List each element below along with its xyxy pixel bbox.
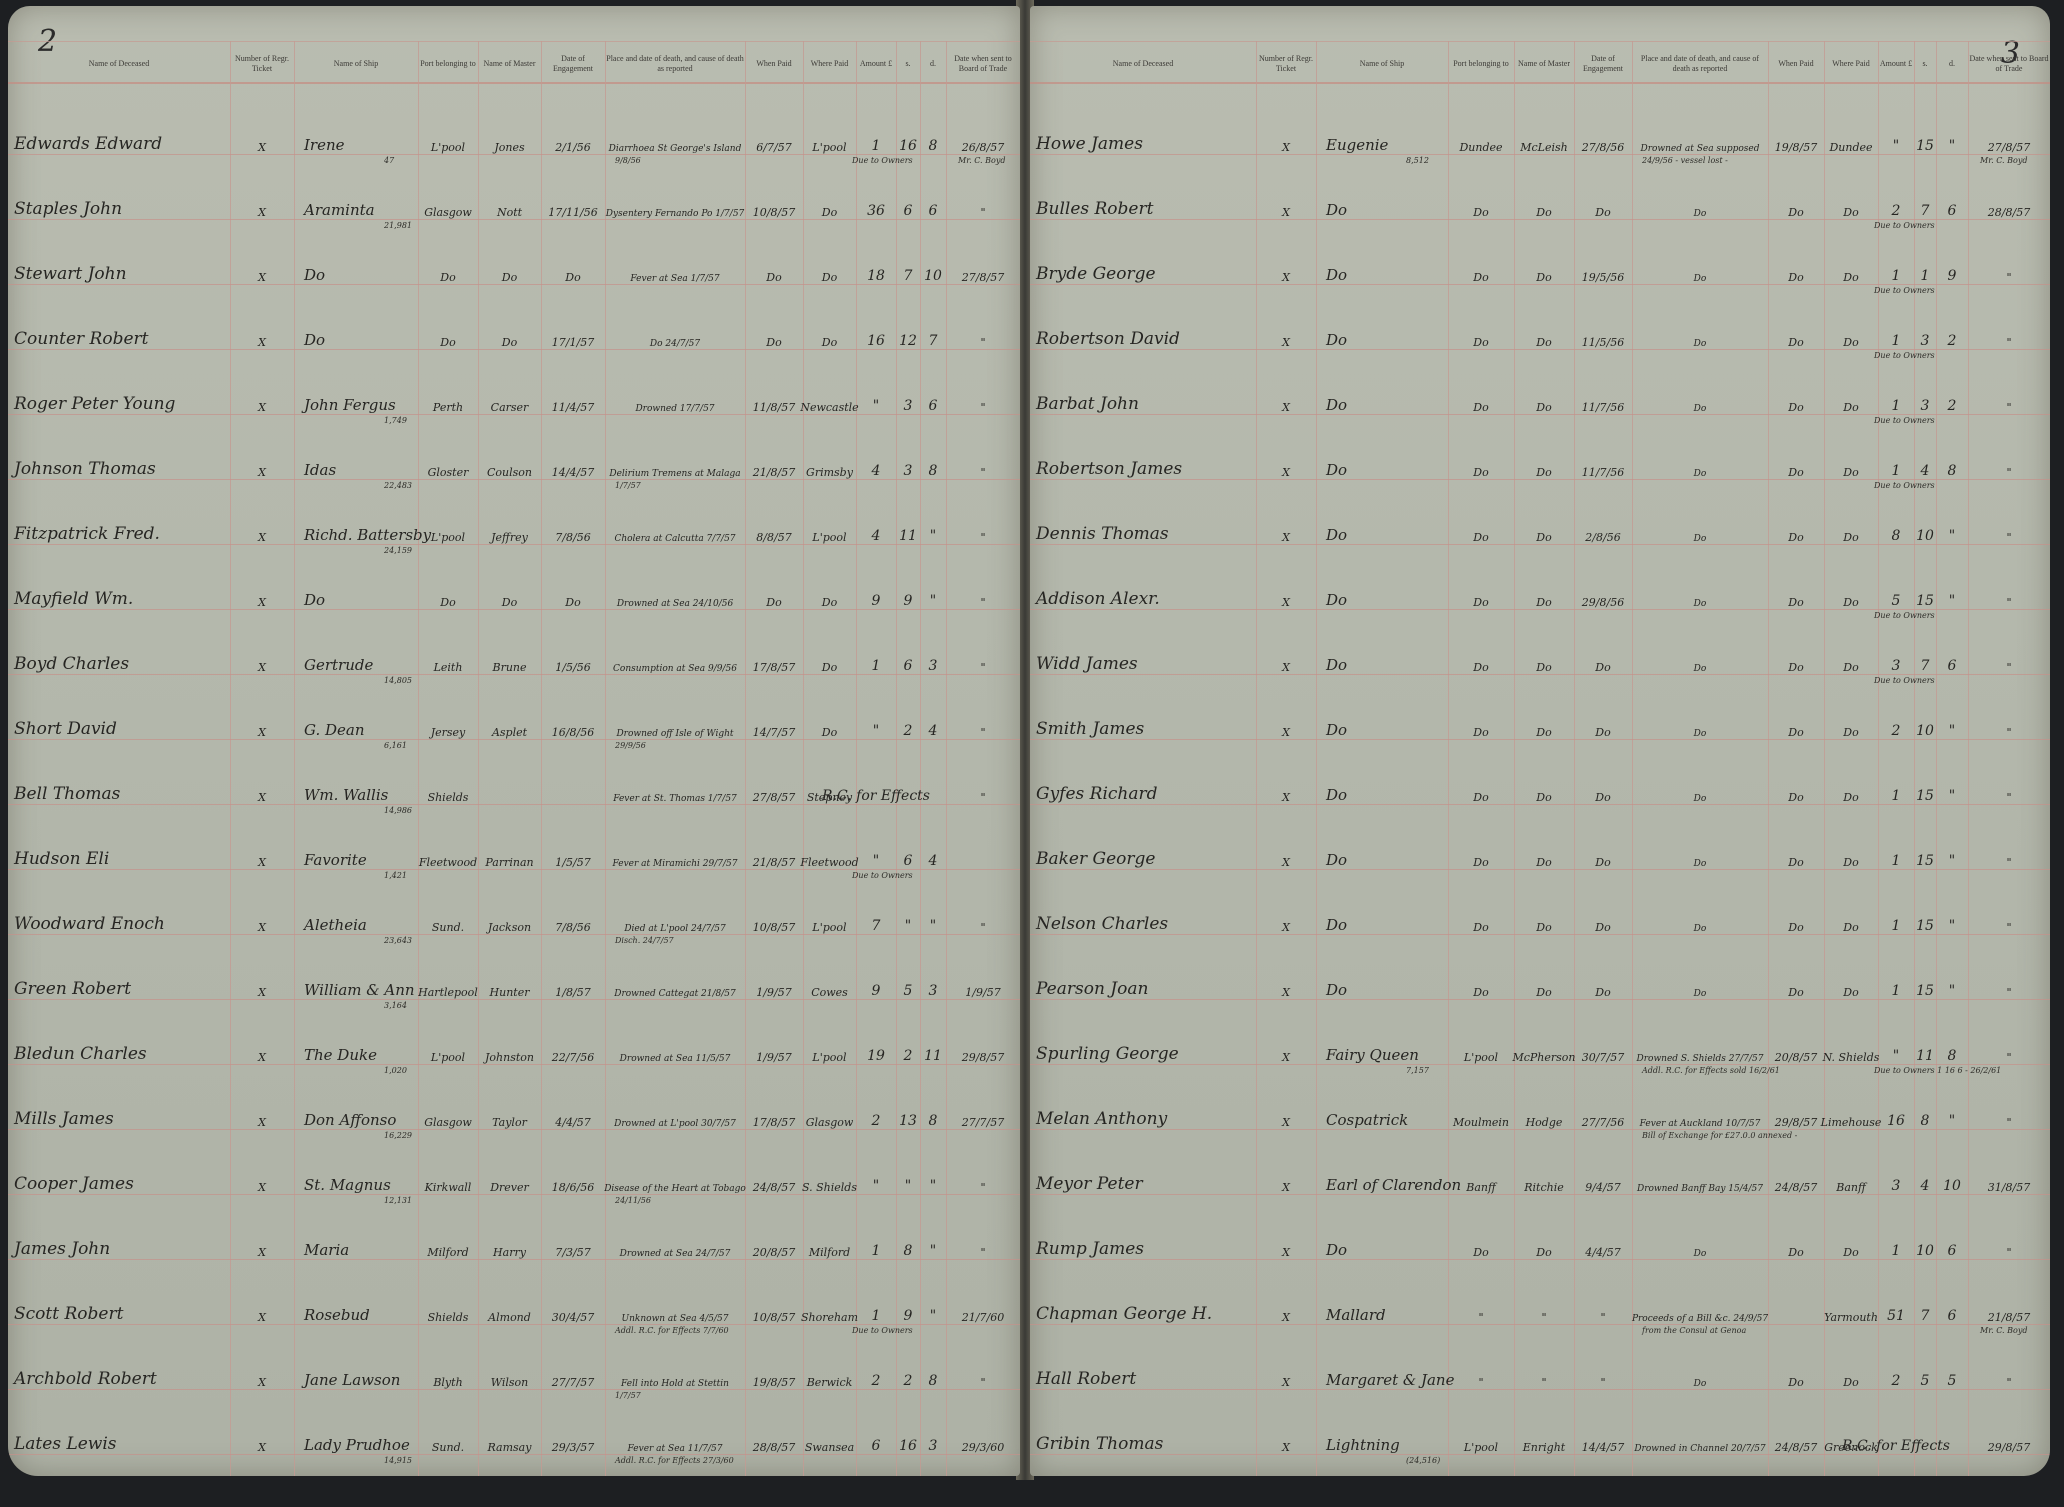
shillings-cell: 15 — [1914, 843, 1936, 869]
death-cell: Died at L'pool 24/7/57 — [605, 908, 745, 934]
ledger-row[interactable]: Meyor PeterXEarl of ClarendonBanffRitchi… — [1030, 1150, 2050, 1214]
master-cell: Do — [1514, 973, 1574, 999]
pence-cell: 8 — [920, 128, 946, 154]
ship-cell: Lady Prudhoe — [294, 1428, 428, 1454]
death-cell: Drowned 17/7/57 — [605, 388, 745, 414]
ship-cell: Idas — [294, 453, 428, 479]
column-header: Where Paid — [803, 44, 856, 84]
shillings-cell: 6 — [896, 193, 920, 219]
pence-cell: 2 — [1936, 323, 1968, 349]
where-paid-cell: Do — [1824, 583, 1878, 609]
ledger-row[interactable]: Johnson ThomasXIdasGlosterCoulson14/4/57… — [8, 435, 1020, 499]
name-cell: Smith James — [1030, 713, 1262, 739]
ledger-row[interactable]: Barbat JohnXDoDoDo11/7/56DoDoDo132"Due t… — [1030, 370, 2050, 434]
ship-register-number: 22,483 — [384, 481, 412, 490]
when-paid-cell: Do — [1768, 258, 1824, 284]
sent-cell: " — [1968, 388, 2050, 414]
amount-note: Due to Owners — [1874, 351, 1935, 360]
pence-cell: 6 — [920, 193, 946, 219]
when-paid-cell: Do — [1768, 1233, 1824, 1259]
ship-register-number: 24,159 — [384, 546, 412, 555]
ship-register-number: 47 — [384, 156, 394, 165]
ledger-row[interactable]: Bryde GeorgeXDoDoDo19/5/56DoDoDo119"Due … — [1030, 240, 2050, 304]
where-paid-cell: Do — [1824, 713, 1878, 739]
sent-cell — [946, 843, 1020, 869]
ledger-row[interactable]: Bulles RobertXDoDoDoDoDoDoDo27628/8/57Du… — [1030, 175, 2050, 239]
ticket-cell: X — [230, 1428, 294, 1454]
amount-note: Due to Owners — [1874, 416, 1935, 425]
when-paid-cell: 19/8/57 — [745, 1363, 803, 1389]
row-rule — [1030, 349, 2050, 350]
name-cell: Archbold Robert — [8, 1363, 236, 1389]
ship-cell: Do — [1316, 973, 1458, 999]
ledger-row[interactable]: Cooper JamesXSt. MagnusKirkwallDrever18/… — [8, 1150, 1020, 1214]
ticket-cell: X — [230, 1363, 294, 1389]
ticket-cell: X — [230, 843, 294, 869]
row-rule — [8, 869, 1020, 870]
pence-cell: 8 — [920, 453, 946, 479]
where-paid-cell: Milford — [803, 1233, 856, 1259]
when-paid-cell: Do — [1768, 193, 1824, 219]
pence-cell: 5 — [1936, 1363, 1968, 1389]
name-cell: Hall Robert — [1030, 1363, 1262, 1389]
ledger-row[interactable]: Addison Alexr.XDoDoDo29/8/56DoDoDo515""D… — [1030, 565, 2050, 629]
ledger-row[interactable]: Bell ThomasXWm. WallisShieldsFever at St… — [8, 760, 1020, 824]
death-cell: Drowned at Sea supposed — [1632, 128, 1768, 154]
row-rule — [1030, 544, 2050, 545]
port-cell: L'pool — [1448, 1428, 1514, 1454]
ledger-row[interactable]: Pearson JoanXDoDoDoDoDoDoDo115"" — [1030, 955, 2050, 1019]
ticket-cell: X — [1256, 193, 1316, 219]
engaged-cell: Do — [1574, 778, 1632, 804]
death-cell: Do — [1632, 713, 1768, 739]
death-cell: Do — [1632, 583, 1768, 609]
name-cell: Scott Robert — [8, 1298, 236, 1324]
sent-cell: " — [1968, 1103, 2050, 1129]
sent-cell: " — [1968, 1233, 2050, 1259]
death-cell: Do — [1632, 843, 1768, 869]
pounds-cell: 8 — [1878, 518, 1914, 544]
ledger-row[interactable]: Green RobertXWilliam & AnnHartlepoolHunt… — [8, 955, 1020, 1019]
port-cell: Banff — [1448, 1168, 1514, 1194]
when-paid-cell: Do — [1768, 908, 1824, 934]
ledger-row[interactable]: Fitzpatrick Fred.XRichd. BattersbyL'pool… — [8, 500, 1020, 564]
engaged-cell: 1/8/57 — [541, 973, 605, 999]
ledger-row[interactable]: Hall RobertXMargaret & Jane"""DoDoDo255" — [1030, 1345, 2050, 1409]
death-date-note: 9/8/56 — [615, 156, 641, 165]
column-header: Where Paid — [1824, 44, 1878, 84]
master-cell: Do — [1514, 258, 1574, 284]
column-header: Name of Ship — [294, 44, 418, 84]
ticket-cell: X — [230, 453, 294, 479]
row-rule — [8, 154, 1020, 155]
death-cell: Drowned Cattegat 21/8/57 — [605, 973, 745, 999]
engaged-cell: 7/8/56 — [541, 518, 605, 544]
where-paid-cell: Do — [1824, 648, 1878, 674]
where-paid-cell: Swansea — [803, 1428, 856, 1454]
ledger-row[interactable]: Lates LewisXLady PrudhoeSund.Ramsay29/3/… — [8, 1410, 1020, 1474]
ledger-row[interactable]: Melan AnthonyXCospatrickMoulmeinHodge27/… — [1030, 1085, 2050, 1149]
pounds-cell: 2 — [1878, 713, 1914, 739]
shillings-cell: 7 — [1914, 648, 1936, 674]
shillings-cell: 1 — [1914, 258, 1936, 284]
ledger-row[interactable]: Boyd CharlesXGertrudeLeithBrune1/5/56Con… — [8, 630, 1020, 694]
pounds-cell: 16 — [856, 323, 896, 349]
when-paid-cell: 10/8/57 — [745, 1298, 803, 1324]
master-cell: Do — [1514, 193, 1574, 219]
ledger-row[interactable]: Short DavidXG. DeanJerseyAsplet16/8/56Dr… — [8, 695, 1020, 759]
engaged-cell: 17/1/57 — [541, 323, 605, 349]
pounds-cell: 1 — [856, 1298, 896, 1324]
amount-note: Due to Owners — [852, 871, 913, 880]
when-paid-cell: 24/8/57 — [1768, 1168, 1824, 1194]
ticket-cell: X — [1256, 908, 1316, 934]
ship-cell: St. Magnus — [294, 1168, 428, 1194]
death-cell: Proceeds of a Bill &c. 24/9/57 — [1632, 1298, 1768, 1324]
column-header: Name of Ship — [1316, 44, 1448, 84]
ledger-row[interactable]: Gribin ThomasXLightningL'poolEnright14/4… — [1030, 1410, 2050, 1474]
name-cell: Melan Anthony — [1030, 1103, 1262, 1129]
row-rule — [1030, 284, 2050, 285]
ledger-row[interactable]: Mills JamesXDon AffonsoGlasgowTaylor4/4/… — [8, 1085, 1020, 1149]
death-date-note: 24/11/56 — [615, 1196, 651, 1205]
engaged-cell: 9/4/57 — [1574, 1168, 1632, 1194]
death-cell: Do — [1632, 258, 1768, 284]
engaged-cell: Do — [541, 258, 605, 284]
ledger-row[interactable]: Scott RobertXRosebudShieldsAlmond30/4/57… — [8, 1280, 1020, 1344]
port-cell: L'pool — [418, 128, 478, 154]
ledger-row[interactable]: Widd JamesXDoDoDoDoDoDoDo376"Due to Owne… — [1030, 630, 2050, 694]
ticket-cell: X — [230, 128, 294, 154]
pounds-cell: 4 — [856, 453, 896, 479]
shillings-cell: 10 — [1914, 518, 1936, 544]
ship-cell: Do — [1316, 388, 1458, 414]
ship-cell: Mallard — [1316, 1298, 1458, 1324]
death-date-note: from the Consul at Genoa — [1642, 1326, 1746, 1335]
death-cell: Fever at St. Thomas 1/7/57 — [605, 778, 745, 804]
ticket-cell: X — [1256, 843, 1316, 869]
shillings-cell: 2 — [896, 713, 920, 739]
port-cell: Jersey — [418, 713, 478, 739]
when-paid-cell: Do — [745, 258, 803, 284]
engaged-cell: 7/3/57 — [541, 1233, 605, 1259]
sent-cell: 29/3/60 — [946, 1428, 1020, 1454]
port-cell: Do — [1448, 518, 1514, 544]
port-cell: Perth — [418, 388, 478, 414]
ledger-row[interactable]: Edwards EdwardXIreneL'poolJones2/1/56Dia… — [8, 110, 1020, 174]
master-cell: Brune — [478, 648, 541, 674]
amount-note: Due to Owners — [852, 156, 913, 165]
ship-cell: Do — [1316, 908, 1458, 934]
sent-cell: 1/9/57 — [946, 973, 1020, 999]
pence-cell: 4 — [920, 843, 946, 869]
pence-cell: 3 — [920, 973, 946, 999]
ledger-row[interactable]: Howe JamesXEugenieDundeeMcLeish27/8/56Dr… — [1030, 110, 2050, 174]
pence-cell: 4 — [920, 713, 946, 739]
death-cell: Drowned in Channel 20/7/57 — [1632, 1428, 1768, 1454]
engaged-cell: 22/7/56 — [541, 1038, 605, 1064]
ledger-row[interactable]: Counter RobertXDoDoDo17/1/57Do 24/7/57Do… — [8, 305, 1020, 369]
ticket-cell: X — [1256, 778, 1316, 804]
port-cell: Do — [1448, 258, 1514, 284]
ledger-row[interactable]: Mayfield Wm.XDoDoDoDoDrowned at Sea 24/1… — [8, 565, 1020, 629]
ticket-cell: X — [230, 258, 294, 284]
ledger-row[interactable]: Spurling GeorgeXFairy QueenL'poolMcPhers… — [1030, 1020, 2050, 1084]
shillings-cell: 8 — [896, 1233, 920, 1259]
where-paid-cell: L'pool — [803, 1038, 856, 1064]
pounds-cell: 2 — [856, 1363, 896, 1389]
ledger-row[interactable]: Smith JamesXDoDoDoDoDoDoDo210"" — [1030, 695, 2050, 759]
pence-cell: 2 — [1936, 388, 1968, 414]
port-cell: Do — [1448, 778, 1514, 804]
engaged-cell: 29/8/56 — [1574, 583, 1632, 609]
where-paid-cell: Limehouse — [1824, 1103, 1878, 1129]
ledger-row[interactable]: Robertson JamesXDoDoDo11/7/56DoDoDo148"D… — [1030, 435, 2050, 499]
when-paid-cell: 6/7/57 — [745, 128, 803, 154]
master-cell: Do — [1514, 648, 1574, 674]
engaged-cell: Do — [1574, 843, 1632, 869]
pounds-cell: 3 — [1878, 1168, 1914, 1194]
ledger-row[interactable]: Gyfes RichardXDoDoDoDoDoDoDo115"" — [1030, 760, 2050, 824]
port-cell: Do — [1448, 193, 1514, 219]
when-paid-cell: 28/8/57 — [745, 1428, 803, 1454]
pence-cell: " — [1936, 1103, 1968, 1129]
pounds-cell: 1 — [1878, 453, 1914, 479]
death-cell: Do — [1632, 1233, 1768, 1259]
engaged-cell: 30/4/57 — [541, 1298, 605, 1324]
when-paid-cell — [1768, 1298, 1824, 1324]
name-cell: Stewart John — [8, 258, 236, 284]
where-paid-cell: Do — [803, 258, 856, 284]
engaged-cell — [541, 778, 605, 804]
ship-register-number: 3,164 — [384, 1001, 407, 1010]
row-rule — [1030, 1389, 2050, 1390]
death-cell: Do — [1632, 323, 1768, 349]
name-cell: Fitzpatrick Fred. — [8, 518, 236, 544]
port-cell: Sund. — [418, 908, 478, 934]
death-cell: Do — [1632, 778, 1768, 804]
master-cell: Do — [1514, 843, 1574, 869]
ledger-row[interactable]: Roger Peter YoungXJohn FergusPerthCarser… — [8, 370, 1020, 434]
shillings-cell: 10 — [1914, 1233, 1936, 1259]
ship-cell: G. Dean — [294, 713, 428, 739]
ship-cell: Do — [1316, 648, 1458, 674]
ledger-row[interactable]: Woodward EnochXAletheiaSund.Jackson7/8/5… — [8, 890, 1020, 954]
when-paid-cell: Do — [1768, 388, 1824, 414]
engaged-cell: 17/11/56 — [541, 193, 605, 219]
pounds-cell: 2 — [856, 1103, 896, 1129]
pounds-cell: 1 — [1878, 258, 1914, 284]
engaged-cell: 4/4/57 — [1574, 1233, 1632, 1259]
where-paid-cell: Do — [1824, 193, 1878, 219]
engaged-cell: 2/1/56 — [541, 128, 605, 154]
death-cell: Unknown at Sea 4/5/57 — [605, 1298, 745, 1324]
pence-cell — [1936, 1428, 1968, 1454]
column-header: s. — [1914, 44, 1936, 84]
death-cell: Do — [1632, 388, 1768, 414]
where-paid-cell: L'pool — [803, 908, 856, 934]
when-paid-cell: Do — [745, 323, 803, 349]
row-rule — [1030, 414, 2050, 415]
where-paid-cell: Do — [803, 713, 856, 739]
master-cell: Taylor — [478, 1103, 541, 1129]
port-cell: Milford — [418, 1233, 478, 1259]
column-header: Amount £ — [1878, 44, 1914, 84]
ticket-cell: X — [230, 583, 294, 609]
name-cell: Mayfield Wm. — [8, 583, 236, 609]
when-paid-cell: Do — [1768, 778, 1824, 804]
port-cell: Moulmein — [1448, 1103, 1514, 1129]
shillings-cell: 6 — [896, 648, 920, 674]
row-rule — [8, 414, 1020, 415]
amount-note: Due to Owners — [852, 1326, 913, 1335]
ticket-cell: X — [1256, 1168, 1316, 1194]
ledger-row[interactable]: Rump JamesXDoDoDo4/4/57DoDoDo1106" — [1030, 1215, 2050, 1279]
ship-cell: Do — [1316, 453, 1458, 479]
pounds-cell: 7 — [856, 908, 896, 934]
pounds-cell: 6 — [856, 1428, 896, 1454]
name-cell: Pearson Joan — [1030, 973, 1262, 999]
master-cell: Harry — [478, 1233, 541, 1259]
pounds-cell: 1 — [1878, 973, 1914, 999]
master-cell: Do — [1514, 583, 1574, 609]
ship-register-number: 8,512 — [1406, 156, 1429, 165]
amount-note: Due to Owners — [1874, 611, 1935, 620]
name-cell: Bryde George — [1030, 258, 1262, 284]
port-cell: " — [1448, 1363, 1514, 1389]
pounds-cell: 1 — [1878, 843, 1914, 869]
death-cell: Do — [1632, 193, 1768, 219]
ship-register-number: 1,020 — [384, 1066, 407, 1075]
ledger-row[interactable]: Bledun CharlesXThe DukeL'poolJohnston22/… — [8, 1020, 1020, 1084]
death-cell: Do — [1632, 908, 1768, 934]
row-rule — [8, 219, 1020, 220]
ledger-row[interactable]: Dennis ThomasXDoDoDo2/8/56DoDoDo810"" — [1030, 500, 2050, 564]
ledger-row[interactable]: Robertson DavidXDoDoDo11/5/56DoDoDo132"D… — [1030, 305, 2050, 369]
sent-cell: " — [946, 388, 1020, 414]
sent-cell: " — [1968, 843, 2050, 869]
row-rule — [8, 674, 1020, 675]
engaged-cell: 19/5/56 — [1574, 258, 1632, 284]
engaged-cell: 4/4/57 — [541, 1103, 605, 1129]
where-paid-cell: Do — [803, 193, 856, 219]
ledger-row[interactable]: Baker GeorgeXDoDoDoDoDoDoDo115"" — [1030, 825, 2050, 889]
port-cell: L'pool — [1448, 1038, 1514, 1064]
where-paid-cell: Banff — [1824, 1168, 1878, 1194]
ledger-row[interactable]: James JohnXMariaMilfordHarry7/3/57Drowne… — [8, 1215, 1020, 1279]
name-cell: Widd James — [1030, 648, 1262, 674]
master-cell: Coulson — [478, 453, 541, 479]
sent-cell: 21/7/60 — [946, 1298, 1020, 1324]
row-rule — [8, 1259, 1020, 1260]
when-paid-cell: 21/8/57 — [745, 843, 803, 869]
where-paid-cell: N. Shields — [1824, 1038, 1878, 1064]
pence-cell: 9 — [1936, 258, 1968, 284]
name-cell: Meyor Peter — [1030, 1168, 1262, 1194]
where-paid-cell: Dundee — [1824, 128, 1878, 154]
shillings-cell: 11 — [1914, 1038, 1936, 1064]
sent-cell: " — [1968, 453, 2050, 479]
ticket-cell: X — [1256, 648, 1316, 674]
port-cell: Hartlepool — [418, 973, 478, 999]
where-paid-cell: Do — [1824, 908, 1878, 934]
ledger-row[interactable]: Hudson EliXFavoriteFleetwoodParrinan1/5/… — [8, 825, 1020, 889]
pence-cell: " — [920, 1233, 946, 1259]
master-cell: Do — [1514, 388, 1574, 414]
pounds-cell: 2 — [1878, 1363, 1914, 1389]
engaged-cell: 27/7/56 — [1574, 1103, 1632, 1129]
pence-cell: " — [920, 518, 946, 544]
master-cell: Drever — [478, 1168, 541, 1194]
shillings-cell: 16 — [896, 128, 920, 154]
port-cell: Glasgow — [418, 193, 478, 219]
ticket-cell: X — [1256, 1233, 1316, 1259]
where-paid-cell: Do — [1824, 1363, 1878, 1389]
right-page: 3 Name of DeceasedNumber of Regr. Ticket… — [1030, 6, 2050, 1476]
when-paid-cell: 14/7/57 — [745, 713, 803, 739]
master-cell: " — [1514, 1363, 1574, 1389]
pence-cell: " — [920, 1168, 946, 1194]
engaged-cell: 30/7/57 — [1574, 1038, 1632, 1064]
master-cell: Almond — [478, 1298, 541, 1324]
row-rule — [1030, 804, 2050, 805]
death-cell: Do — [1632, 518, 1768, 544]
master-cell: Do — [1514, 518, 1574, 544]
engaged-cell: Do — [541, 583, 605, 609]
ship-cell: William & Ann — [294, 973, 428, 999]
ship-register-number: 23,643 — [384, 936, 412, 945]
ticket-cell: X — [1256, 453, 1316, 479]
pounds-cell: " — [856, 1168, 896, 1194]
ship-cell: Richd. Battersby — [294, 518, 428, 544]
ledger-row[interactable]: Stewart JohnXDoDoDoDoFever at Sea 1/7/57… — [8, 240, 1020, 304]
death-cell: Drowned at Sea 24/10/56 — [605, 583, 745, 609]
sent-cell: " — [946, 583, 1020, 609]
death-cell: Drowned at L'pool 30/7/57 — [605, 1103, 745, 1129]
amount-note: Due to Owners — [1874, 221, 1935, 230]
when-paid-cell: 24/8/57 — [1768, 1428, 1824, 1454]
pounds-cell: 1 — [1878, 1233, 1914, 1259]
master-cell: Nott — [478, 193, 541, 219]
pence-cell: " — [920, 583, 946, 609]
master-cell — [478, 778, 541, 804]
port-cell: Dundee — [1448, 128, 1514, 154]
row-rule — [8, 1194, 1020, 1195]
port-cell: Do — [1448, 843, 1514, 869]
pence-cell: 3 — [920, 648, 946, 674]
ledger-row[interactable]: Archbold RobertXJane LawsonBlythWilson27… — [8, 1345, 1020, 1409]
where-paid-cell: Do — [1824, 778, 1878, 804]
ledger-row[interactable]: Chapman George H.XMallard"""Proceeds of … — [1030, 1280, 2050, 1344]
sent-note: Mr. C. Boyd — [958, 156, 1005, 165]
ticket-cell: X — [230, 778, 294, 804]
name-cell: Bulles Robert — [1030, 193, 1262, 219]
sent-cell: 31/8/57 — [1968, 1168, 2050, 1194]
ship-cell: Aletheia — [294, 908, 428, 934]
ledger-row[interactable]: Staples JohnXAramintaGlasgowNott17/11/56… — [8, 175, 1020, 239]
master-cell: Jeffrey — [478, 518, 541, 544]
sent-cell: 27/7/57 — [946, 1103, 1020, 1129]
master-cell: Johnston — [478, 1038, 541, 1064]
death-cell: Fever at Sea 11/7/57 — [605, 1428, 745, 1454]
column-header: Port belonging to — [1448, 44, 1514, 84]
when-paid-cell: 10/8/57 — [745, 193, 803, 219]
where-paid-cell: Glasgow — [803, 1103, 856, 1129]
death-cell: Dysentery Fernando Po 1/7/57 — [605, 193, 745, 219]
ledger-row[interactable]: Nelson CharlesXDoDoDoDoDoDoDo115"" — [1030, 890, 2050, 954]
death-cell: Disease of the Heart at Tobago — [605, 1168, 745, 1194]
name-cell: Baker George — [1030, 843, 1262, 869]
